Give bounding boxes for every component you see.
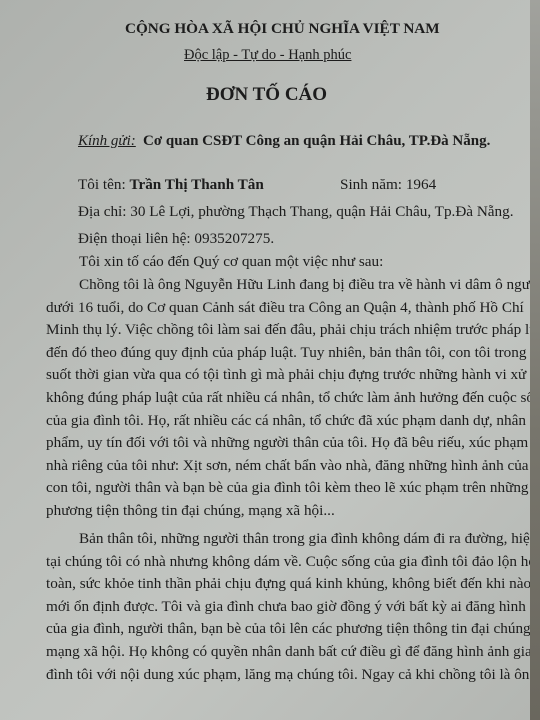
nation-heading: CỘNG HÒA XÃ HỘI CHỦ NGHĨA VIỆT NAM — [125, 20, 440, 38]
paragraph-line: Chồng tôi là ông Nguyễn Hữu Linh đang bị… — [46, 274, 476, 297]
paragraph-line: dưới 16 tuổi, do Cơ quan Cảnh sát điều t… — [46, 297, 476, 320]
motto: Độc lập - Tự do - Hạnh phúc — [184, 47, 351, 64]
sender-name-line: Tôi tên: Trần Thị Thanh Tân — [78, 176, 264, 194]
document-page: CỘNG HÒA XÃ HỘI CHỦ NGHĨA VIỆT NAM Độc l… — [0, 0, 530, 720]
document-title: ĐƠN TỐ CÁO — [206, 84, 327, 106]
paragraph-1: Chồng tôi là ông Nguyễn Hữu Linh đang bị… — [46, 274, 476, 523]
paragraph-line: phẩm, uy tín đối với tôi và những người … — [46, 432, 476, 455]
paragraph-line: Minh thụ lý. Việc chồng tôi làm sai đến … — [46, 319, 476, 342]
paragraph-line: của gia đình tôi. Họ, rất nhiều các cá n… — [46, 410, 476, 433]
paragraph-2: Bản thân tôi, những người thân trong gia… — [46, 528, 476, 686]
paragraph-line: tại chúng tôi có nhà nhưng không dám về.… — [46, 551, 476, 574]
sender-name-label: Tôi tên: — [78, 176, 129, 193]
paragraph-line: toàn, sức khỏe tinh thần phải chịu đựng … — [46, 573, 476, 596]
paragraph-line: đến đó theo đúng quy định của pháp luật.… — [46, 342, 476, 365]
recipient-label: Kính gửi: — [78, 133, 136, 150]
paragraph-line: đình tôi với nội dung xúc phạm, lăng mạ … — [46, 664, 476, 687]
sender-phone: Điện thoại liên hệ: 0935207275. — [78, 230, 274, 248]
complaint-intro: Tôi xin tố cáo đến Quý cơ quan một việc … — [79, 253, 383, 271]
recipient-value: Cơ quan CSĐT Công an quận Hải Châu, TP.Đ… — [143, 133, 490, 150]
sender-address: Địa chỉ: 30 Lê Lợi, phường Thạch Thang, … — [78, 203, 514, 221]
paragraph-line: nhà riêng của tôi như: Xịt sơn, ném chất… — [46, 455, 476, 478]
paragraph-line: Bản thân tôi, những người thân trong gia… — [46, 528, 476, 551]
sender-birth-year: Sinh năm: 1964 — [340, 176, 436, 194]
paragraph-line: không đúng pháp luật của rất nhiều cá nh… — [46, 387, 476, 410]
page-edge-shadow — [530, 0, 540, 720]
paragraph-line: con tôi, người thân và bạn bè của gia đì… — [46, 477, 476, 500]
paragraph-line: phương tiện thông tin đại chúng, mạng xã… — [46, 500, 476, 523]
paragraph-line: suốt thời gian vừa qua có tội tình gì mà… — [46, 364, 476, 387]
paragraph-line: của gia đình, người thân, bạn bè của tôi… — [46, 618, 476, 641]
paragraph-line: mạng xã hội. Họ không có quyền nhân danh… — [46, 641, 476, 664]
paragraph-line: mới ổn định được. Tôi và gia đình chưa b… — [46, 596, 476, 619]
sender-name: Trần Thị Thanh Tân — [129, 176, 263, 193]
